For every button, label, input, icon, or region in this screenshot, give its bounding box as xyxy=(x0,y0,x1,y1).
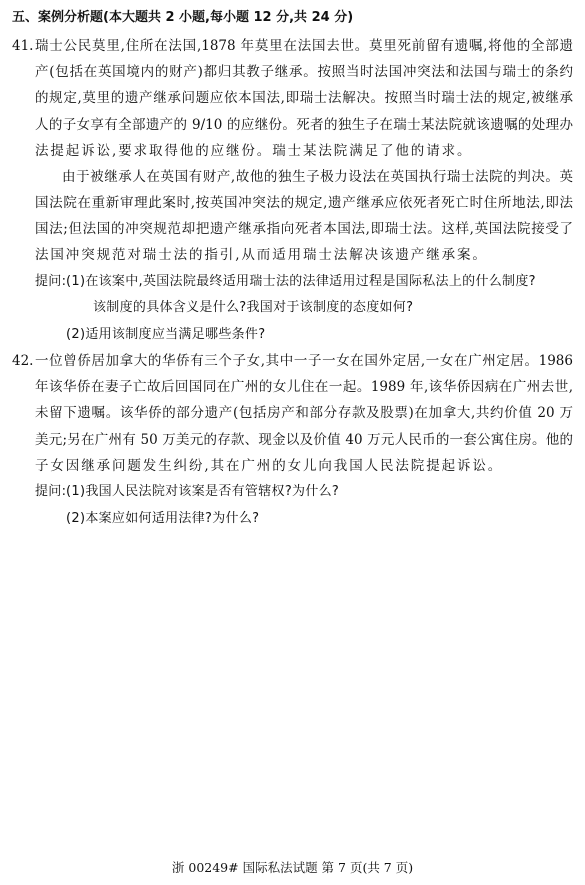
paragraph-line: 国法院在重新审理此案时,按英国冲突法的规定,遗产继承应依死者死亡时住所地法,即法 xyxy=(35,194,573,212)
paragraph-line: 未留下遗嘱。该华侨的部分遗产(包括房产和部分存款及股票)在加拿大,共约价值 20… xyxy=(35,404,573,422)
paragraph-line: 法提起诉讼,要求取得他的应继份。瑞士某法院满足了他的请求。 xyxy=(35,142,472,160)
sub-question: (1)在该案中,英国法院最终适用瑞士法的法律适用过程是国际私法上的什么制度? xyxy=(66,273,536,291)
paragraph-line: 子女因继承问题发生纠纷,其在广州的女儿向我国人民法院提起诉讼。 xyxy=(35,457,503,475)
paragraph-line: 美元;另在广州有 50 万美元的存款、现金以及价值 40 万元人民币的一套公寓住… xyxy=(35,431,573,449)
question-number: 41. xyxy=(12,37,33,55)
paragraph-line: 年该华侨在妻子亡故后回国同在广州的女儿住在一起。1989 年,该华侨因病在广州去… xyxy=(35,378,573,396)
sub-question-continued: 该制度的具体含义是什么?我国对于该制度的态度如何? xyxy=(93,299,413,317)
prompt-label: 提问: xyxy=(35,483,66,501)
sub-question: (2)本案应如何适用法律?为什么? xyxy=(66,510,259,528)
prompt-label: 提问: xyxy=(35,273,66,291)
paragraph-line: 的规定,莫里的遗产继承问题应依本国法,即瑞士法解决。按照当时瑞士法的规定,被继承 xyxy=(35,89,573,107)
question-number: 42. xyxy=(12,352,33,370)
paragraph-line: 瑞士公民莫里,住所在法国,1878 年莫里在法国去世。莫里死前留有遗嘱,将他的全… xyxy=(35,37,573,55)
sub-question: (2)适用该制度应当满足哪些条件? xyxy=(66,326,265,344)
page-footer: 浙 00249# 国际私法试题 第 7 页(共 7 页) xyxy=(0,858,585,876)
section-heading: 五、案例分析题(本大题共 2 小题,每小题 12 分,共 24 分) xyxy=(12,9,353,27)
paragraph-line: 产(包括在英国境内的财产)都归其教子继承。按照当时法国冲突法和法国与瑞士的条约 xyxy=(35,63,573,81)
paragraph-line: 由于被继承人在英国有财产,故他的独生子极力设法在英国执行瑞士法院的判决。英 xyxy=(62,168,573,186)
paragraph-line: 人的子女享有全部遗产的 9/10 的应继份。死者的独生子在瑞士某法院就该遗嘱的处… xyxy=(35,116,573,134)
paragraph-line: 国法;但法国的冲突规范却把遗产继承指向死者本国法,即瑞士法。这样,英国法院接受了 xyxy=(35,220,573,238)
paragraph-line: 法国冲突规范对瑞士法的指引,从而适用瑞士法解决该遗产继承案。 xyxy=(35,246,488,264)
paragraph-line: 一位曾侨居加拿大的华侨有三个子女,其中一子一女在国外定居,一女在广州定居。198… xyxy=(35,352,573,370)
sub-question: (1)我国人民法院对该案是否有管辖权?为什么? xyxy=(66,483,339,501)
